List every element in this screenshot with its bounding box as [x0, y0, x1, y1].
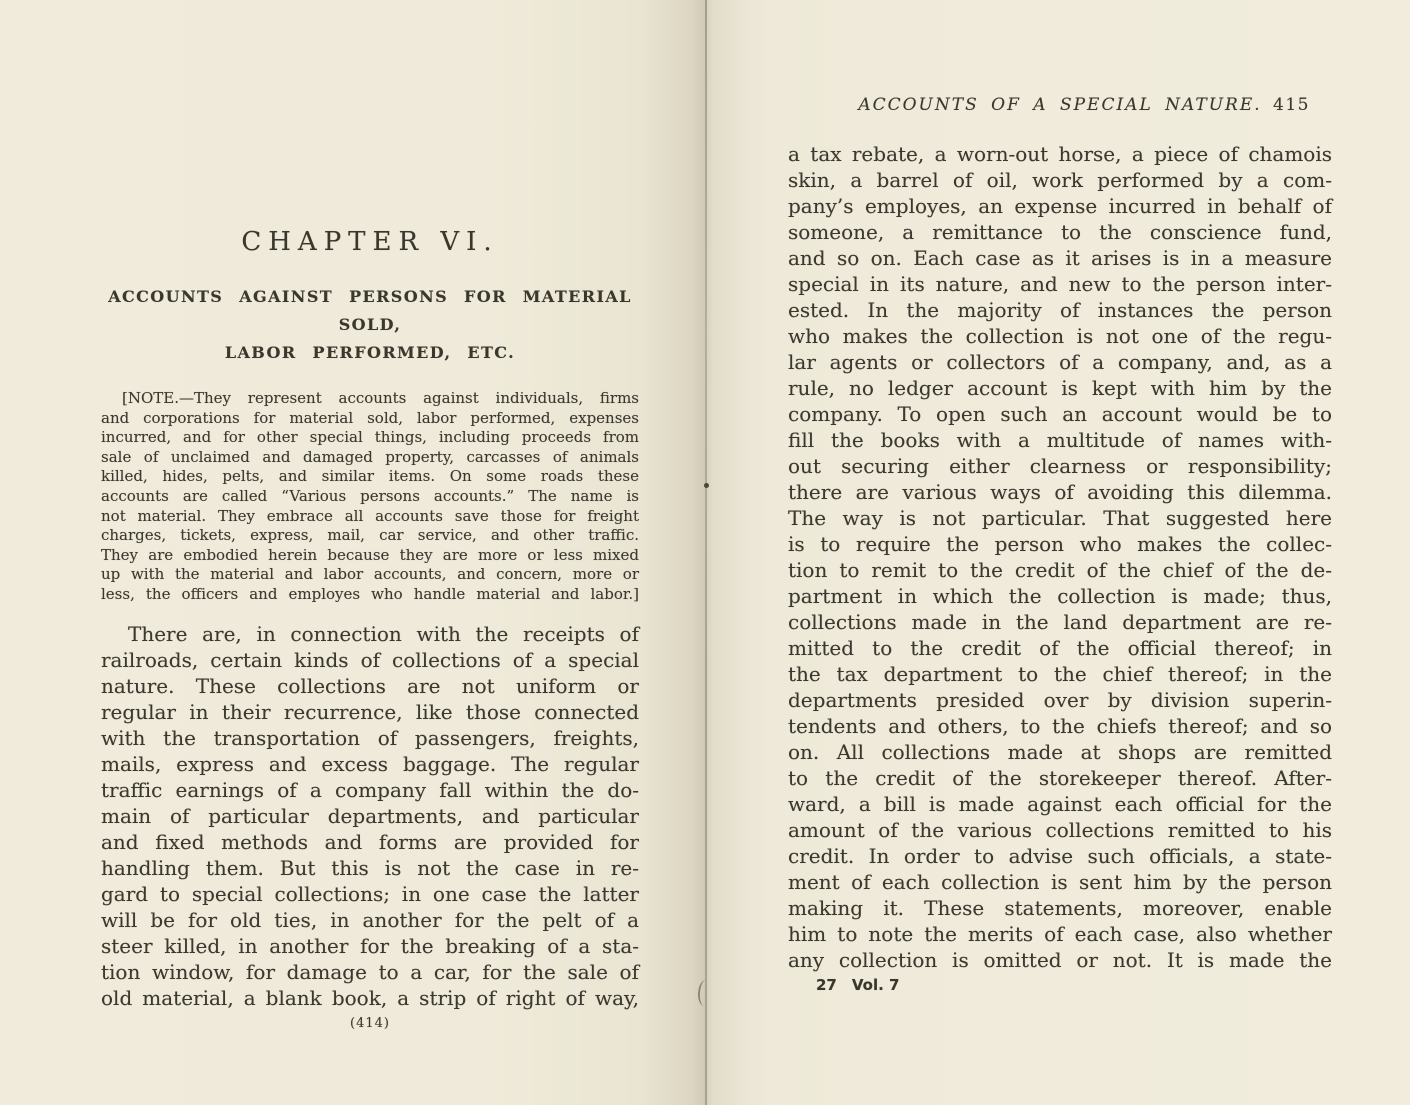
text-line: special in its nature, and new to the pe…: [788, 271, 1332, 297]
text-line: [NOTE.—They represent accounts against i…: [101, 389, 639, 409]
text-line: who makes the collection is not one of t…: [788, 323, 1332, 349]
chapter-heading: CHAPTER VI.: [101, 227, 639, 257]
text-line: steer killed, in another for the breakin…: [101, 933, 639, 959]
text-line: regular in their recurrence, like those …: [101, 699, 639, 725]
text-line: gard to special collections; in one case…: [101, 881, 639, 907]
page-right: ACCOUNTS OF A SPECIAL NATURE. 415 a tax …: [707, 0, 1410, 1105]
text-line: ward, a bill is made against each offici…: [788, 791, 1332, 817]
text-line: railroads, certain kinds of collections …: [101, 647, 639, 673]
text-line: him to note the merits of each case, als…: [788, 921, 1332, 947]
text-line: up with the material and labor accounts,…: [101, 565, 639, 585]
text-line: any collection is omitted or not. It is …: [788, 947, 1332, 973]
text-line: There are, in connection with the receip…: [101, 621, 639, 647]
text-line: on. All collections made at shops are re…: [788, 739, 1332, 765]
body-paragraph-left: There are, in connection with the receip…: [101, 621, 639, 1011]
text-line: They are embodied herein because they ar…: [101, 546, 639, 566]
text-line: charges, tickets, express, mail, car ser…: [101, 526, 639, 546]
text-line: tion window, for damage to a car, for th…: [101, 959, 639, 985]
text-line: nature. These collections are not unifor…: [101, 673, 639, 699]
text-line: tendents and others, to the chiefs there…: [788, 713, 1332, 739]
running-header: ACCOUNTS OF A SPECIAL NATURE. 415: [788, 95, 1332, 119]
text-line: lar agents or collectors of a company, a…: [788, 349, 1332, 375]
text-line: the tax department to the chief thereof;…: [788, 661, 1332, 687]
signature-number: 27: [816, 976, 837, 994]
text-line: pany’s employes, an expense incurred in …: [788, 193, 1332, 219]
text-line: out securing either clearness or respons…: [788, 453, 1332, 479]
page-number: 415: [1273, 95, 1310, 115]
text-line: rule, no ledger account is kept with him…: [788, 375, 1332, 401]
text-line: The way is not particular. That suggeste…: [788, 505, 1332, 531]
text-line: and corporations for material sold, labo…: [101, 409, 639, 429]
chapter-subtitle: ACCOUNTS AGAINST PERSONS FOR MATERIAL SO…: [101, 283, 639, 367]
text-line: making it. These statements, moreover, e…: [788, 895, 1332, 921]
text-line: company. To open such an account would b…: [788, 401, 1332, 427]
text-line: tion to remit to the credit of the chief…: [788, 557, 1332, 583]
text-line: handling them. But this is not the case …: [101, 855, 639, 881]
note-paragraph: [NOTE.—They represent accounts against i…: [101, 389, 639, 605]
text-line: sale of unclaimed and damaged property, …: [101, 448, 639, 468]
text-line: amount of the various collections remitt…: [788, 817, 1332, 843]
page-left-content: CHAPTER VI. ACCOUNTS AGAINST PERSONS FOR…: [101, 0, 639, 1031]
page-footer: 27 Vol. 7: [788, 976, 1332, 994]
text-line: traffic earnings of a company fall withi…: [101, 777, 639, 803]
text-line: will be for old ties, in another for the…: [101, 907, 639, 933]
text-line: is to require the person who makes the c…: [788, 531, 1332, 557]
page-right-content: ACCOUNTS OF A SPECIAL NATURE. 415 a tax …: [788, 0, 1332, 994]
text-line: not material. They embrace all accounts …: [101, 507, 639, 527]
text-line: old material, a blank book, a strip of r…: [101, 985, 639, 1011]
text-line: mitted to the credit of the official the…: [788, 635, 1332, 661]
book-scan: CHAPTER VI. ACCOUNTS AGAINST PERSONS FOR…: [0, 0, 1410, 1105]
volume-label: Vol. 7: [852, 976, 900, 994]
text-line: and fixed methods and forms are provided…: [101, 829, 639, 855]
body-paragraph-right: a tax rebate, a worn-out horse, a piece …: [788, 141, 1332, 973]
text-line: there are various ways of avoiding this …: [788, 479, 1332, 505]
ink-speck: [704, 483, 709, 488]
text-line: skin, a barrel of oil, work performed by…: [788, 167, 1332, 193]
text-line: credit. In order to advise such official…: [788, 843, 1332, 869]
running-title: ACCOUNTS OF A SPECIAL NATURE.: [788, 95, 1332, 115]
fold-crease-mark: [697, 980, 713, 1007]
text-line: ested. In the majority of instances the …: [788, 297, 1332, 323]
text-line: fill the books with a multitude of names…: [788, 427, 1332, 453]
text-line: ACCOUNTS AGAINST PERSONS FOR MATERIAL SO…: [101, 283, 639, 339]
text-line: partment in which the collection is made…: [788, 583, 1332, 609]
text-line: and so on. Each case as it arises is in …: [788, 245, 1332, 271]
text-line: mails, express and excess baggage. The r…: [101, 751, 639, 777]
text-line: someone, a remittance to the conscience …: [788, 219, 1332, 245]
text-line: killed, hides, pelts, and similar items.…: [101, 467, 639, 487]
text-line: main of particular departments, and part…: [101, 803, 639, 829]
page-left: CHAPTER VI. ACCOUNTS AGAINST PERSONS FOR…: [0, 0, 707, 1105]
text-line: incurred, and for other special things, …: [101, 428, 639, 448]
text-line: accounts are called “Various persons acc…: [101, 487, 639, 507]
text-line: to the credit of the storekeeper thereof…: [788, 765, 1332, 791]
text-line: ment of each collection is sent him by t…: [788, 869, 1332, 895]
text-line: collections made in the land department …: [788, 609, 1332, 635]
text-line: a tax rebate, a worn-out horse, a piece …: [788, 141, 1332, 167]
text-line: LABOR PERFORMED, ETC.: [101, 339, 639, 367]
text-line: with the transportation of passengers, f…: [101, 725, 639, 751]
text-line: departments presided over by division su…: [788, 687, 1332, 713]
text-line: less, the officers and employes who hand…: [101, 585, 639, 605]
page-folio: (414): [101, 1016, 639, 1031]
